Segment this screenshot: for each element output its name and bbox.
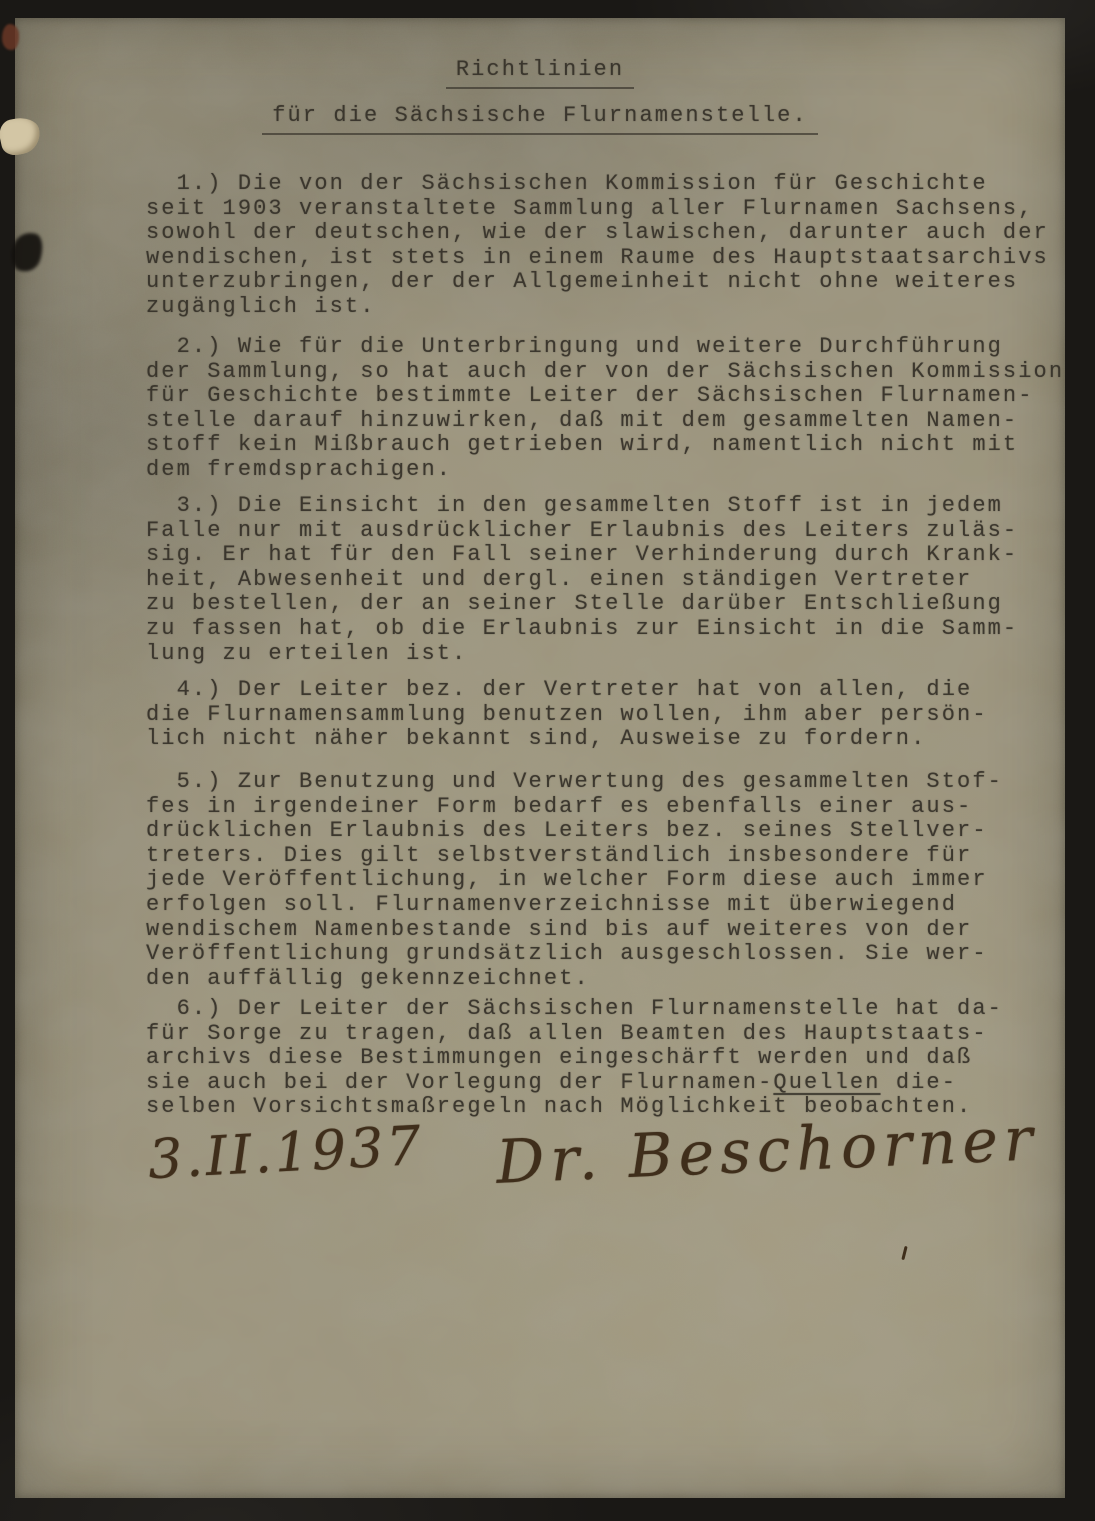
paragraph-3: 3.) Die Einsicht in den gesammelten Stof… (146, 494, 1018, 666)
signature-name: Dr. Beschorner (495, 1104, 1040, 1198)
paragraph-5: 5.) Zur Benutzung und Verwertung des ges… (146, 770, 1003, 991)
paragraph-4: 4.) Der Leiter bez. der Vertreter hat vo… (146, 678, 988, 752)
document-subtitle: für die Sächsische Flurnamenstelle. (15, 103, 1065, 135)
signature-date: 3.II.1937 (147, 1114, 426, 1191)
document-page: Richtlinien für die Sächsische Flurnamen… (15, 18, 1065, 1498)
stray-ink-mark (901, 1246, 907, 1260)
document-title-text: Richtlinien (446, 57, 634, 89)
paragraph-6-underlined-word: Quellen (773, 1070, 880, 1095)
paragraph-2: 2.) Wie für die Unterbringung und weiter… (146, 335, 1064, 483)
paragraph-1: 1.) Die von der Sächsischen Kommission f… (146, 172, 1049, 320)
corner-stain-mark (2, 24, 19, 50)
photo-backing-frame: Richtlinien für die Sächsische Flurnamen… (0, 0, 1095, 1521)
document-subtitle-text: für die Sächsische Flurnamenstelle. (262, 103, 818, 135)
paragraph-6: 6.) Der Leiter der Sächsischen Flurnamen… (146, 997, 1003, 1120)
signature-block: 3.II.1937 Dr. Beschorner (148, 1116, 1048, 1186)
document-title: Richtlinien (15, 57, 1065, 89)
